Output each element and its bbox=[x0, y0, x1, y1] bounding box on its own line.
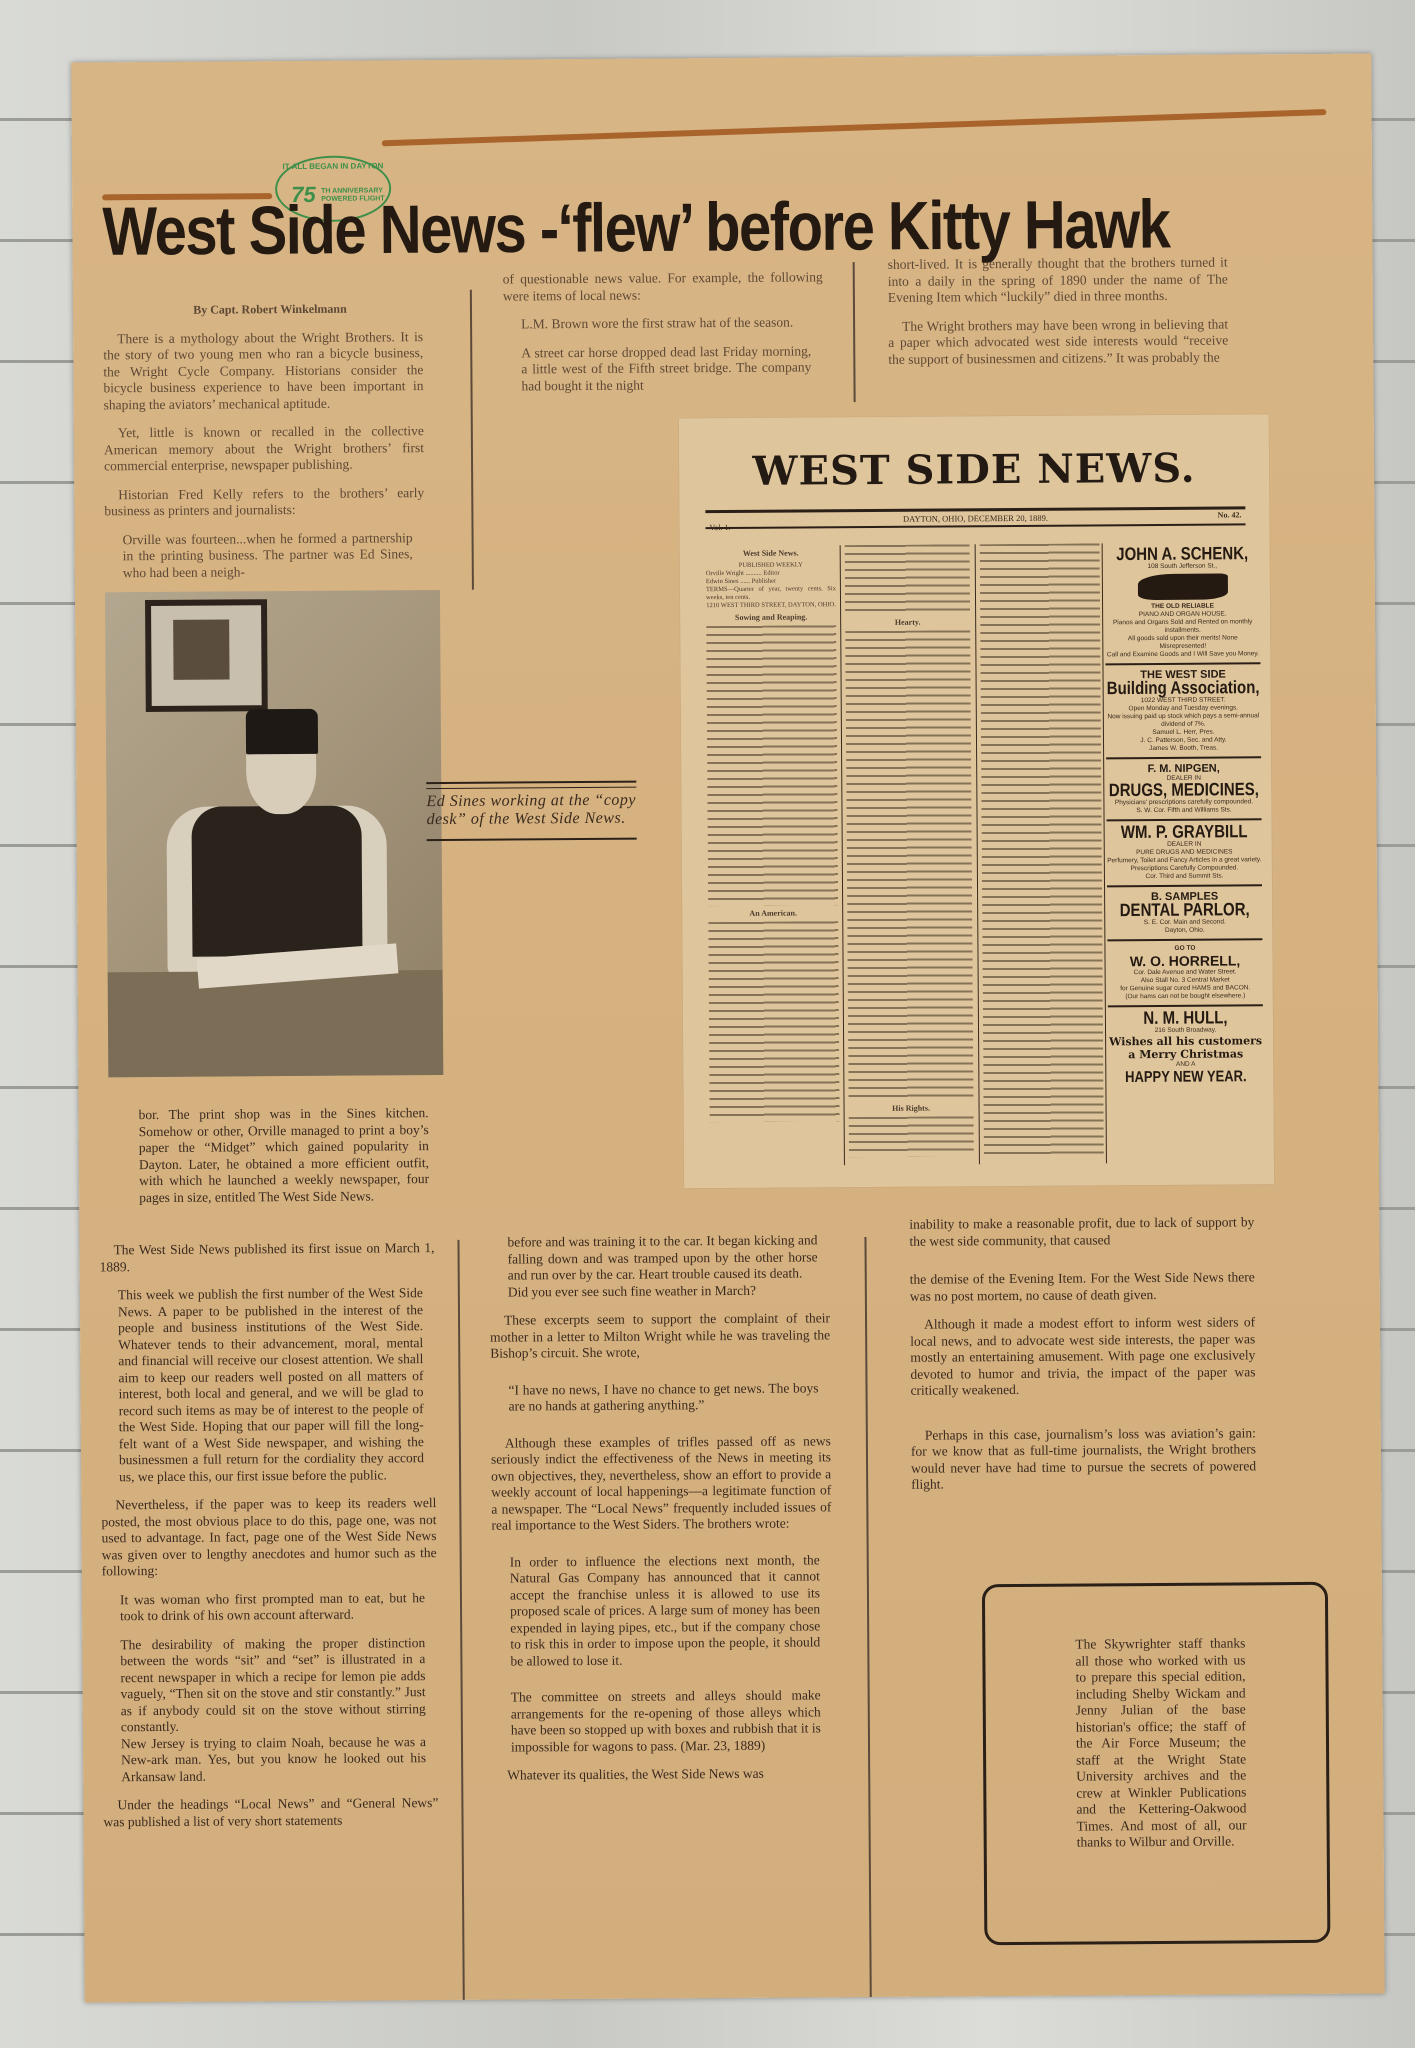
anecdote-quote: New Jersey is trying to claim Noah, beca… bbox=[121, 1734, 426, 1786]
ad-nipgen: F. M. NIPGEN, DEALER IN DRUGS, MEDICINES… bbox=[1106, 758, 1261, 821]
newspaper-page: IT ALL BEGAN IN DAYTON 75 TH ANNIVERSARY… bbox=[71, 53, 1385, 2002]
article-column-1-top: By Capt. Robert Winkelmann There is a my… bbox=[103, 300, 425, 593]
paragraph: Perhaps in this case, journalism’s loss … bbox=[911, 1425, 1256, 1493]
alleys-quote: The committee on streets and alleys shou… bbox=[511, 1687, 821, 1755]
ad-line: Wishes all his customers a Merry Christm… bbox=[1108, 1034, 1263, 1061]
local-news-quote: L.M. Brown wore the first straw hat of t… bbox=[521, 314, 811, 333]
paragraph: bor. The print shop was in the Sines kit… bbox=[139, 1105, 430, 1206]
paragraph: Although it made a modest effort to info… bbox=[910, 1314, 1256, 1399]
photo-caption: Ed Sines working at the “copy desk” of t… bbox=[426, 777, 636, 845]
ad-john-schenk: JOHN A. SCHENK, 108 South Jefferson St.,… bbox=[1105, 542, 1261, 665]
clip-address: 1210 WEST THIRD STREET, DAYTON, OHIO. bbox=[706, 601, 836, 610]
fez-hat bbox=[246, 709, 318, 755]
thanks-text: The Skywrighter staff thanks all those w… bbox=[1075, 1635, 1246, 1851]
paragraph: Under the headings “Local News” and “Gen… bbox=[103, 1795, 438, 1830]
ad-line: Now issuing paid up stock which pays a s… bbox=[1106, 712, 1261, 729]
ed-sines-photo bbox=[105, 590, 443, 1077]
ad-line: All goods sold upon their merits! None M… bbox=[1105, 634, 1260, 651]
paragraph: Although these examples of trifles passe… bbox=[491, 1433, 832, 1534]
ad-title: Building Association, bbox=[1106, 679, 1261, 699]
article-column-1-bottom: The West Side News published its first i… bbox=[99, 1240, 438, 1842]
ad-title: N. M. HULL, bbox=[1108, 1009, 1263, 1029]
ad-title: W. O. HORRELL, bbox=[1107, 952, 1262, 969]
clip-terms: TERMS—Quarter of year, twenty cents. Six… bbox=[706, 585, 836, 602]
ad-samples-dental: B. SAMPLES DENTAL PARLOR, S. E. Cor. Mai… bbox=[1107, 886, 1262, 941]
thanks-box: The Skywrighter staff thanks all those w… bbox=[982, 1582, 1331, 1945]
desk bbox=[108, 970, 444, 1077]
paragraph: inability to make a reasonable profit, d… bbox=[909, 1214, 1254, 1249]
issue-number: No. 42. bbox=[1218, 510, 1242, 519]
street-car-quote-continued: before and was training it to the car. I… bbox=[507, 1232, 817, 1284]
ad-line: Dayton, Ohio. bbox=[1107, 926, 1262, 935]
paragraph: the demise of the Evening Item. For the … bbox=[910, 1269, 1255, 1304]
paragraph: The Wright brothers may have been wrong … bbox=[888, 316, 1228, 368]
dateline-text: DAYTON, OHIO, DECEMBER 20, 1889. bbox=[903, 513, 1048, 524]
clipping-column-2: Hearty. His Rights. bbox=[845, 544, 974, 1165]
ad-pre: F. M. NIPGEN, bbox=[1106, 762, 1261, 775]
column-divider bbox=[457, 1240, 464, 2000]
article-column-3-top: short-lived. It is generally thought tha… bbox=[888, 254, 1229, 379]
clip-title: West Side News. bbox=[706, 549, 836, 558]
paragraph: Nevertheless, if the paper was to keep i… bbox=[101, 1495, 437, 1580]
ad-title: DENTAL PARLOR, bbox=[1107, 901, 1262, 921]
clip-section: His Rights. bbox=[849, 1104, 974, 1113]
ad-title: DRUGS, MEDICINES, bbox=[1106, 781, 1261, 801]
ad-title: WM. P. GRAYBILL bbox=[1107, 823, 1262, 843]
clip-section: Hearty. bbox=[845, 618, 970, 627]
clipping-ads: JOHN A. SCHENK, 108 South Jefferson St.,… bbox=[1105, 542, 1264, 1089]
clipping-masthead: WEST SIDE NEWS. bbox=[719, 444, 1229, 495]
volume-label: Vol. 1. bbox=[709, 523, 730, 532]
clipping-column-1: West Side News. PUBLISHED WEEKLY Orville… bbox=[706, 545, 840, 1166]
ad-line: (Our hams can not be bought elsewhere.) bbox=[1108, 992, 1263, 1001]
article-column-2-top: of questionable news value. For example,… bbox=[503, 269, 824, 406]
orange-rule-right bbox=[382, 109, 1327, 146]
paragraph: There is a mythology about the Wright Br… bbox=[103, 329, 424, 414]
clipping-column-3 bbox=[980, 543, 1104, 1164]
ad-line: James W. Booth, Treas. bbox=[1106, 744, 1261, 753]
weather-quote: Did you ever see such fine weather in Ma… bbox=[508, 1282, 818, 1301]
ad-line: Pianos and Organs Sold and Rented on mon… bbox=[1105, 618, 1260, 635]
paragraph: short-lived. It is generally thought tha… bbox=[888, 254, 1228, 306]
ad-line: Cor. Third and Summit Sts. bbox=[1107, 872, 1262, 881]
column-divider bbox=[470, 290, 474, 590]
clip-section: An American. bbox=[708, 909, 838, 918]
first-issue-quote: This week we publish the first number of… bbox=[118, 1285, 424, 1485]
natural-gas-quote: In order to influence the elections next… bbox=[510, 1552, 821, 1670]
ad-line: HAPPY NEW YEAR. bbox=[1108, 1067, 1263, 1087]
paragraph: These excerpts seem to support the compl… bbox=[490, 1310, 830, 1362]
column-divider bbox=[864, 1237, 871, 1997]
column-divider bbox=[853, 262, 856, 402]
ad-hull: N. M. HULL, 216 South Broadway. Wishes a… bbox=[1108, 1006, 1264, 1089]
paragraph: Yet, little is known or recalled in the … bbox=[104, 423, 424, 475]
article-column-2-bottom: before and was training it to the car. I… bbox=[489, 1232, 833, 1796]
paragraph: Whatever its qualities, the West Side Ne… bbox=[493, 1765, 833, 1784]
ad-graybill: WM. P. GRAYBILL DEALER IN PURE DRUGS AND… bbox=[1107, 820, 1262, 887]
paragraph: of questionable news value. For example,… bbox=[503, 269, 823, 304]
ad-horrell: GO TO W. O. HORRELL, Cor. Dale Avenue an… bbox=[1107, 940, 1262, 1007]
clipping-dateline: DAYTON, OHIO, DECEMBER 20, 1889. Vol. 1.… bbox=[705, 506, 1245, 529]
anecdote-quote: The desirability of making the proper di… bbox=[120, 1635, 426, 1736]
article-column-1-continued: bor. The print shop was in the Sines kit… bbox=[139, 1105, 430, 1218]
ad-line: Call and Examine Goods and I Will Save y… bbox=[1105, 650, 1260, 659]
anecdote-quote: It was woman who first prompted man to e… bbox=[120, 1590, 425, 1625]
seal-ring-text: IT ALL BEGAN IN DAYTON bbox=[277, 161, 389, 171]
article-column-3-bottom: inability to make a reasonable profit, d… bbox=[909, 1214, 1256, 1505]
kelly-quote: Orville was fourteen...when he formed a … bbox=[123, 530, 413, 582]
piano-illustration bbox=[1137, 574, 1227, 601]
ad-line: S. W. Cor. Fifth and Williams Sts. bbox=[1106, 806, 1261, 815]
ad-building-association: THE WEST SIDE Building Association, 1022… bbox=[1105, 664, 1261, 759]
west-side-news-clipping: WEST SIDE NEWS. DAYTON, OHIO, DECEMBER 2… bbox=[679, 414, 1274, 1188]
local-news-quote: A street car horse dropped dead last Fri… bbox=[521, 343, 811, 395]
byline: By Capt. Robert Winkelmann bbox=[103, 300, 423, 319]
clip-section: Sowing and Reaping. bbox=[706, 613, 836, 622]
paragraph: Historian Fred Kelly refers to the broth… bbox=[104, 485, 424, 520]
paragraph: The West Side News published its first i… bbox=[99, 1240, 434, 1275]
ad-title: JOHN A. SCHENK, bbox=[1105, 545, 1260, 565]
caption-text: Ed Sines working at the “copy desk” of t… bbox=[426, 792, 636, 829]
framed-picture bbox=[145, 599, 268, 712]
mother-quote: “I have no news, I have no chance to get… bbox=[508, 1380, 818, 1415]
